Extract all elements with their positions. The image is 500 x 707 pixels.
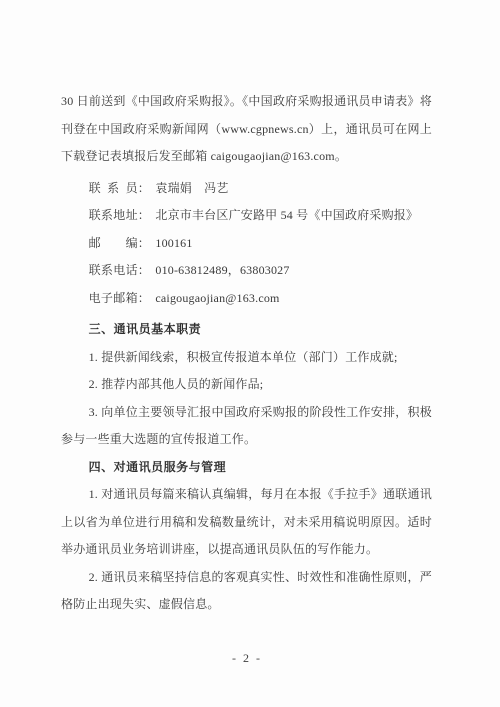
contact-value-postcode: 100161	[155, 236, 192, 250]
contact-label-address: 联系地址	[89, 202, 138, 230]
contact-value-address: 北京市丰台区广安路甲 54 号《中国政府采购报》	[155, 208, 418, 222]
section-heading-4: 四、对通讯员服务与管理	[61, 454, 432, 482]
contact-label-postcode: 邮编	[89, 230, 138, 258]
section-3-item-3: 3. 向单位主要领导汇报中国政府采购报的阶段性工作安排，积极参与一些重大选题的宣…	[61, 399, 432, 454]
paragraph-continuation: 30 日前送到《中国政府采购报》。《中国政府采购报通讯员申请表》将刊登在中国政府…	[61, 88, 432, 171]
contact-value-email: caigougaojian@163.com	[155, 291, 279, 305]
contact-row-phone: 联系电话：010-63812489，63803027	[61, 257, 432, 285]
contact-value-phone: 010-63812489，63803027	[155, 263, 289, 277]
contact-colon: ：	[138, 181, 150, 195]
contact-colon: ：	[138, 208, 150, 222]
section-service-management: 四、对通讯员服务与管理 1. 对通讯员每篇来稿认真编辑，每月在本报《手拉手》通联…	[61, 454, 432, 619]
section-4-item-2: 2. 通讯员来稿坚持信息的客观真实性、时效性和准确性原则，严格防止出现失实、虚假…	[61, 564, 432, 619]
contact-colon: ：	[138, 236, 150, 250]
contact-row-postcode: 邮编：100161	[61, 230, 432, 258]
page-number: - 2 -	[0, 651, 494, 666]
section-4-item-1: 1. 对通讯员每篇来稿认真编辑，每月在本报《手拉手》通联通讯上以省为单位进行用稿…	[61, 481, 432, 564]
contact-colon: ：	[138, 263, 150, 277]
document-body: 30 日前送到《中国政府采购报》。《中国政府采购报通讯员申请表》将刊登在中国政府…	[61, 88, 432, 619]
section-3-item-1: 1. 提供新闻线索，积极宣传报道本单位（部门）工作成就;	[61, 344, 432, 372]
contact-label-email: 电子邮箱	[89, 285, 138, 313]
contact-info-block: 联系员：袁瑞娟 冯艺 联系地址：北京市丰台区广安路甲 54 号《中国政府采购报》…	[61, 175, 432, 313]
section-heading-3: 三、通讯员基本职责	[61, 316, 432, 344]
section-correspondent-duties: 三、通讯员基本职责 1. 提供新闻线索，积极宣传报道本单位（部门）工作成就; 2…	[61, 316, 432, 454]
section-3-item-2: 2. 推荐内部其他人员的新闻作品;	[61, 371, 432, 399]
contact-row-email: 电子邮箱：caigougaojian@163.com	[61, 285, 432, 313]
contact-row-address: 联系地址：北京市丰台区广安路甲 54 号《中国政府采购报》	[61, 202, 432, 230]
contact-label-liaison: 联系员	[89, 175, 138, 203]
contact-value-liaison: 袁瑞娟 冯艺	[155, 181, 228, 195]
scanned-document-page: 30 日前送到《中国政府采购报》。《中国政府采购报通讯员申请表》将刊登在中国政府…	[0, 0, 500, 707]
contact-label-phone: 联系电话	[89, 257, 138, 285]
contact-row-liaison: 联系员：袁瑞娟 冯艺	[61, 175, 432, 203]
contact-colon: ：	[138, 291, 150, 305]
